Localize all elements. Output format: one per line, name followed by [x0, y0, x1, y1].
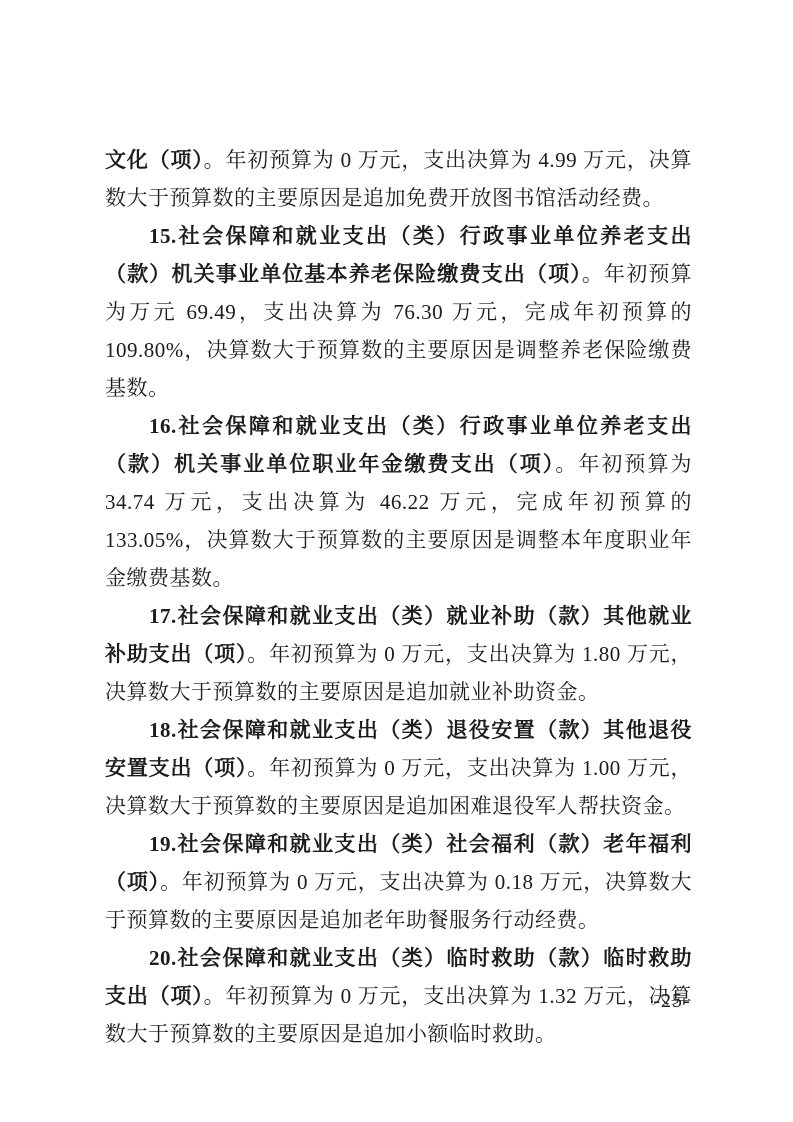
document-body: 文化（项）。年初预算为 0 万元，支出决算为 4.99 万元，决算数大于预算数的… — [105, 141, 692, 1053]
paragraph-item-14-continuation: 文化（项）。年初预算为 0 万元，支出决算为 4.99 万元，决算数大于预算数的… — [105, 141, 692, 217]
paragraph-item-16: 16.社会保障和就业支出（类）行政事业单位养老支出（款）机关事业单位职业年金缴费… — [105, 407, 692, 597]
item-14-heading: 文化（项） — [105, 148, 204, 172]
paragraph-item-19: 19.社会保障和就业支出（类）社会福利（款）老年福利（项）。年初预算为 0 万元… — [105, 825, 692, 939]
page-number: -25- — [622, 990, 722, 1013]
document-page: 文化（项）。年初预算为 0 万元，支出决算为 4.99 万元，决算数大于预算数的… — [0, 0, 793, 1122]
paragraph-item-17: 17.社会保障和就业支出（类）就业补助（款）其他就业补助支出（项）。年初预算为 … — [105, 597, 692, 711]
paragraph-item-20: 20.社会保障和就业支出（类）临时救助（款）临时救助支出（项）。年初预算为 0 … — [105, 939, 692, 1053]
item-19-body: 。年初预算为 0 万元，支出决算为 0.18 万元，决算数大于预算数的主要原因是… — [105, 870, 692, 932]
paragraph-item-15: 15.社会保障和就业支出（类）行政事业单位养老支出（款）机关事业单位基本养老保险… — [105, 217, 692, 407]
paragraph-item-18: 18.社会保障和就业支出（类）退役安置（款）其他退役安置支出（项）。年初预算为 … — [105, 711, 692, 825]
